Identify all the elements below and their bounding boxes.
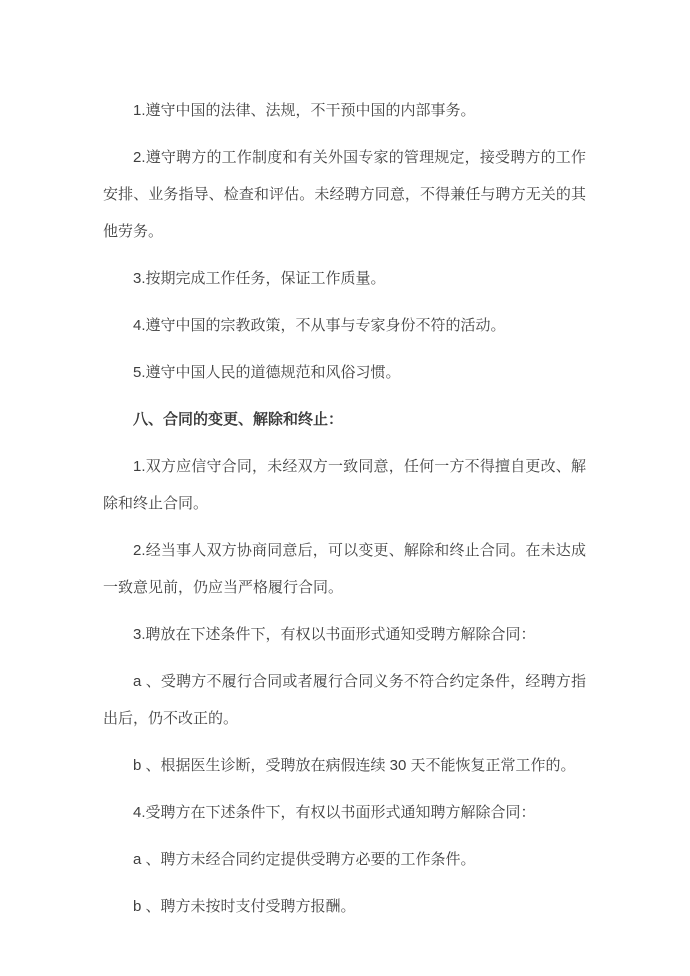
paragraph-obligation-5: 5.遵守中国人民的道德规范和风俗习惯。 bbox=[103, 354, 586, 391]
paragraph-obligation-4: 4.遵守中国的宗教政策，不从事与专家身份不符的活动。 bbox=[103, 307, 586, 344]
paragraph-article8-3b: b 、根据医生诊断，受聘放在病假连续 30 天不能恢复正常工作的。 bbox=[103, 747, 586, 784]
paragraph-article8-4: 4.受聘方在下述条件下，有权以书面形式通知聘方解除合同： bbox=[103, 794, 586, 831]
section-heading-article-8: 八、合同的变更、解除和终止： bbox=[103, 401, 586, 438]
paragraph-article8-3a: a 、受聘方不履行合同或者履行合同义务不符合约定条件，经聘方指出后，仍不改正的。 bbox=[103, 663, 586, 737]
paragraph-article8-1: 1.双方应信守合同，未经双方一致同意，任何一方不得擅自更改、解除和终止合同。 bbox=[103, 448, 586, 522]
paragraph-obligation-2: 2.遵守聘方的工作制度和有关外国专家的管理规定，接受聘方的工作安排、业务指导、检… bbox=[103, 139, 586, 250]
paragraph-obligation-1: 1.遵守中国的法律、法规，不干预中国的内部事务。 bbox=[103, 92, 586, 129]
paragraph-obligation-3: 3.按期完成工作任务，保证工作质量。 bbox=[103, 260, 586, 297]
paragraph-article8-3: 3.聘放在下述条件下，有权以书面形式通知受聘方解除合同： bbox=[103, 616, 586, 653]
paragraph-article8-2: 2.经当事人双方协商同意后，可以变更、解除和终止合同。在未达成一致意见前，仍应当… bbox=[103, 532, 586, 606]
paragraph-article8-4a: a 、聘方未经合同约定提供受聘方必要的工作条件。 bbox=[103, 841, 586, 878]
paragraph-article8-4b: b 、聘方未按时支付受聘方报酬。 bbox=[103, 888, 586, 925]
document-page: 1.遵守中国的法律、法规，不干预中国的内部事务。 2.遵守聘方的工作制度和有关外… bbox=[0, 0, 690, 976]
